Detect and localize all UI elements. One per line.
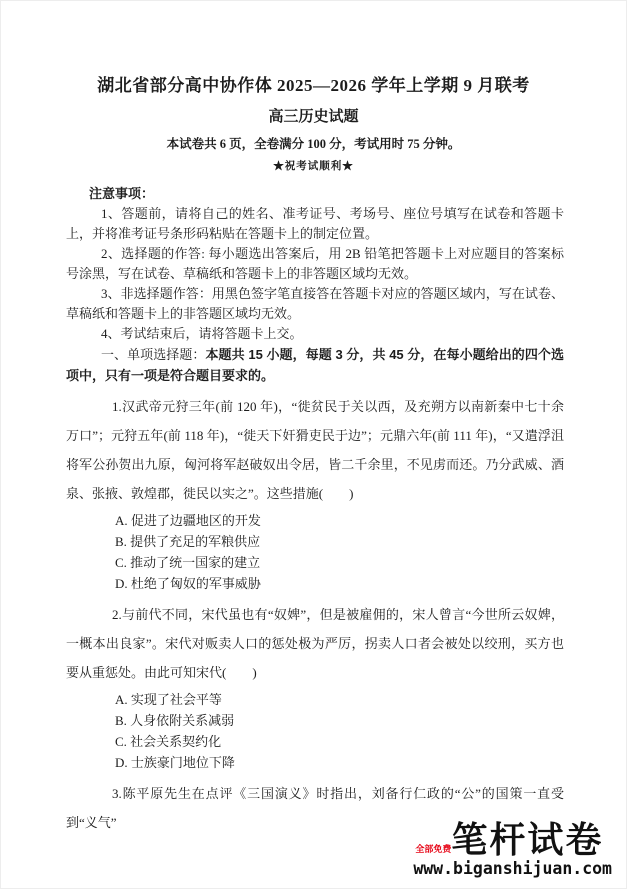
- exam-body: 注意事项： 1、答题前，请将自己的姓名、准考证号、考场号、座位号填写在试卷和答题…: [66, 184, 564, 837]
- question-1-option-c: C. 推动了统一国家的建立: [115, 552, 564, 573]
- notice-item-3: 3、非选择题作答：用黑色签字笔直接答在答题卡对应的答题区域内，写在试卷、草稿纸和…: [66, 284, 564, 324]
- exam-good-luck-line: ★祝考试顺利★: [1, 159, 626, 174]
- notice-item-2: 2、选择题的作答: 每小题选出答案后，用 2B 铅笔把答题卡上对应题目的答案标号…: [66, 244, 564, 284]
- exam-subject-title: 高三历史试题: [1, 107, 626, 127]
- question-1: 1.汉武帝元狩三年(前 120 年)，“徙贫民于关以西，及充朔方以南新秦中七十余…: [66, 392, 564, 594]
- question-2-option-c: C. 社会关系契约化: [115, 731, 564, 752]
- question-1-option-d: D. 杜绝了匈奴的军事威胁: [115, 573, 564, 594]
- section-label: 一、单项选择题：: [101, 347, 205, 362]
- question-2-option-b: B. 人身依附关系减弱: [115, 710, 564, 731]
- question-1-option-b: B. 提供了充足的军粮供应: [115, 531, 564, 552]
- exam-document-page: 湖北省部分高中协作体 2025—2026 学年上学期 9 月联考 高三历史试题 …: [0, 0, 627, 889]
- brand-name: 笔杆试卷: [451, 821, 603, 859]
- brand-line: 全部免费 笔杆试卷: [415, 821, 612, 859]
- question-2-option-a: A. 实现了社会平等: [115, 689, 564, 710]
- question-1-option-a: A. 促进了边疆地区的开发: [115, 510, 564, 531]
- question-2-stem: 2.与前代不同，宋代虽也有“奴婢”，但是被雇佣的，宋人曾言“今世所云奴婢，一概本…: [66, 600, 564, 687]
- exam-title: 湖北省部分高中协作体 2025—2026 学年上学期 9 月联考: [1, 75, 626, 97]
- exam-meta-info: 本试卷共 6 页，全卷满分 100 分，考试用时 75 分钟。: [1, 135, 626, 153]
- brand-url: www.biganshijuan.com: [413, 859, 612, 878]
- question-2: 2.与前代不同，宋代虽也有“奴婢”，但是被雇佣的，宋人曾言“今世所云奴婢，一概本…: [66, 600, 564, 773]
- question-2-option-d: D. 士族豪门地位下降: [115, 752, 564, 773]
- exam-header: 湖北省部分高中协作体 2025—2026 学年上学期 9 月联考 高三历史试题 …: [1, 1, 626, 174]
- notice-item-4: 4、考试结束后，请将答题卡上交。: [66, 324, 564, 344]
- notice-item-1: 1、答题前，请将自己的姓名、准考证号、考场号、座位号填写在试卷和答题卡上，并将准…: [66, 204, 564, 244]
- question-1-stem: 1.汉武帝元狩三年(前 120 年)，“徙贫民于关以西，及充朔方以南新秦中七十余…: [66, 392, 564, 508]
- notice-heading: 注意事项：: [89, 184, 564, 204]
- brand-watermark: 全部免费 笔杆试卷 www.biganshijuan.com: [413, 821, 612, 878]
- free-badge: 全部免费: [415, 844, 451, 854]
- section-heading: 一、单项选择题：本题共 15 小题，每题 3 分，共 45 分，在每小题给出的四…: [66, 344, 564, 386]
